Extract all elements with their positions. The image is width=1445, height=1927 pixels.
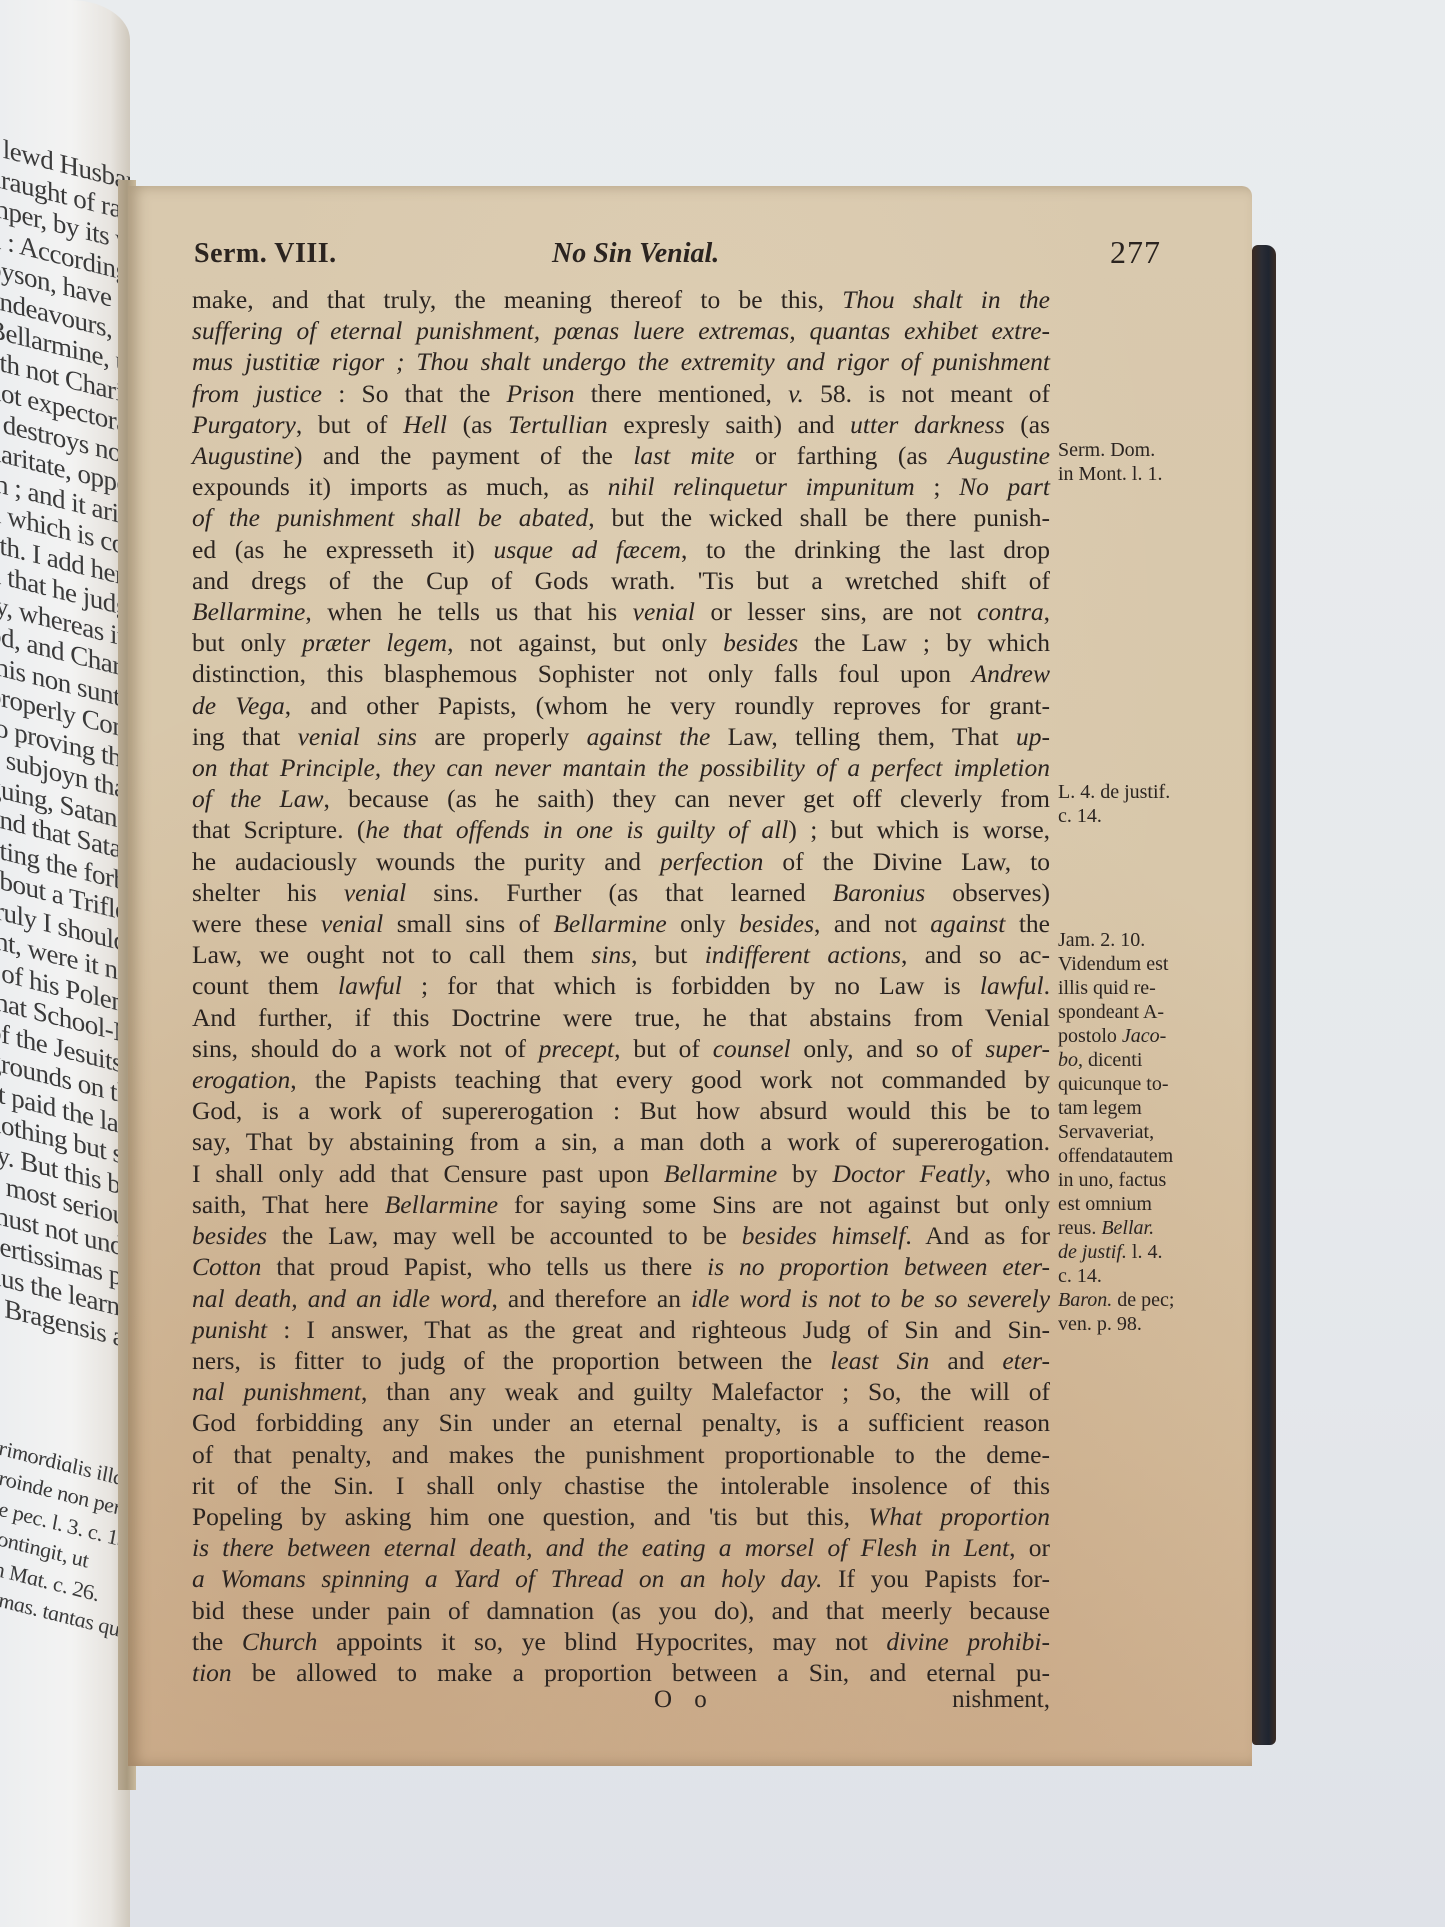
book-page-277: Serm. VIII. No Sin Venial. 277 make, and… xyxy=(128,186,1252,1766)
text-line: expounds it) imports as much, as nihil r… xyxy=(192,471,1050,502)
text-line: Bellarmine, when he tells us that his ve… xyxy=(192,596,1050,627)
margin-note: Jam. 2. 10.Videndum estillis quid re-spo… xyxy=(1058,928,1174,1336)
text-line: God forbidding any Sin under an eternal … xyxy=(192,1407,1050,1438)
running-head: Serm. VIII. No Sin Venial. 277 xyxy=(194,238,1216,278)
text-line: were these venial small sins of Bellarmi… xyxy=(192,908,1050,939)
text-line: shelter his venial sins. Further (as tha… xyxy=(192,877,1050,908)
text-line: bid these under pain of damnation (as yo… xyxy=(192,1595,1050,1626)
text-line: but only præter legem, not against, but … xyxy=(192,627,1050,658)
text-line: rit of the Sin. I shall only chastise th… xyxy=(192,1470,1050,1501)
signature-mark: O o xyxy=(654,1686,715,1714)
catch-line: O o nishment, xyxy=(192,1686,1050,1718)
facing-page-left: r lewd Husband &c.draught of rank Poi-mp… xyxy=(0,0,130,1927)
text-line: saith, That here Bellarmine for saying s… xyxy=(192,1189,1050,1220)
text-line: Cotton that proud Papist, who tells us t… xyxy=(192,1251,1050,1282)
text-line: punisht : I answer, That as the great an… xyxy=(192,1314,1050,1345)
text-line: ed (as he expresseth it) usque ad fæcem,… xyxy=(192,534,1050,565)
catchword: nishment, xyxy=(952,1686,1050,1714)
text-line: nal death, and an idle word, and therefo… xyxy=(192,1283,1050,1314)
text-line: Popeling by asking him one question, and… xyxy=(192,1501,1050,1532)
facing-page-text: r lewd Husband &c.draught of rank Poi-mp… xyxy=(0,130,130,1650)
text-line: from justice : So that the Prison there … xyxy=(192,378,1050,409)
text-line: nal punishment, than any weak and guilty… xyxy=(192,1376,1050,1407)
text-line: de Vega, and other Papists, (whom he ver… xyxy=(192,690,1050,721)
text-line: on that Principle, they can never mantai… xyxy=(192,752,1050,783)
text-line: mus justitiæ rigor ; Thou shalt undergo … xyxy=(192,346,1050,377)
sermon-number: Serm. VIII. xyxy=(194,238,337,270)
text-line: the Church appoints it so, ye blind Hypo… xyxy=(192,1626,1050,1657)
page-title: No Sin Venial. xyxy=(552,238,719,270)
body-text: make, and that truly, the meaning thereo… xyxy=(192,284,1050,1688)
text-line: of the punishment shall be abated, but t… xyxy=(192,502,1050,533)
text-line: of that penalty, and makes the punishmen… xyxy=(192,1439,1050,1470)
text-line: that Scripture. (he that offends in one … xyxy=(192,814,1050,845)
text-line: count them lawful ; for that which is fo… xyxy=(192,970,1050,1001)
text-line: say, That by abstaining from a sin, a ma… xyxy=(192,1126,1050,1157)
text-line: erogation, the Papists teaching that eve… xyxy=(192,1064,1050,1095)
text-line: besides the Law, may well be accounted t… xyxy=(192,1220,1050,1251)
text-line: he audaciously wounds the purity and per… xyxy=(192,846,1050,877)
facing-page-margin-notes: primordialis illaproinde non pertde pec.… xyxy=(0,1430,130,1650)
text-line: ing that venial sins are properly agains… xyxy=(192,721,1050,752)
text-line: and dregs of the Cup of Gods wrath. 'Tis… xyxy=(192,565,1050,596)
text-line: make, and that truly, the meaning thereo… xyxy=(192,284,1050,315)
text-line: sins, should do a work not of precept, b… xyxy=(192,1033,1050,1064)
text-line: of the Law, because (as he saith) they c… xyxy=(192,783,1050,814)
text-line: is there between eternal death, and the … xyxy=(192,1532,1050,1563)
text-line: God, is a work of supererogation : But h… xyxy=(192,1095,1050,1126)
text-line: I shall only add that Censure past upon … xyxy=(192,1158,1050,1189)
text-line: And further, if this Doctrine were true,… xyxy=(192,1002,1050,1033)
page-number: 277 xyxy=(1110,234,1161,271)
margin-note: Serm. Dom.in Mont. l. 1. xyxy=(1058,438,1162,486)
text-line: a Womans spinning a Yard of Thread on an… xyxy=(192,1563,1050,1594)
margin-note: L. 4. de justif.c. 14. xyxy=(1058,780,1170,828)
text-line: Augustine) and the payment of the last m… xyxy=(192,440,1050,471)
text-line: Purgatory, but of Hell (as Tertullian ex… xyxy=(192,409,1050,440)
text-line: Law, we ought not to call them sins, but… xyxy=(192,939,1050,970)
text-line: tion be allowed to make a proportion bet… xyxy=(192,1657,1050,1688)
text-line: distinction, this blasphemous Sophister … xyxy=(192,658,1050,689)
text-line: ners, is fitter to judg of the proportio… xyxy=(192,1345,1050,1376)
book-back-cover-edge xyxy=(1252,245,1276,1745)
text-line: suffering of eternal punishment, pœnas l… xyxy=(192,315,1050,346)
